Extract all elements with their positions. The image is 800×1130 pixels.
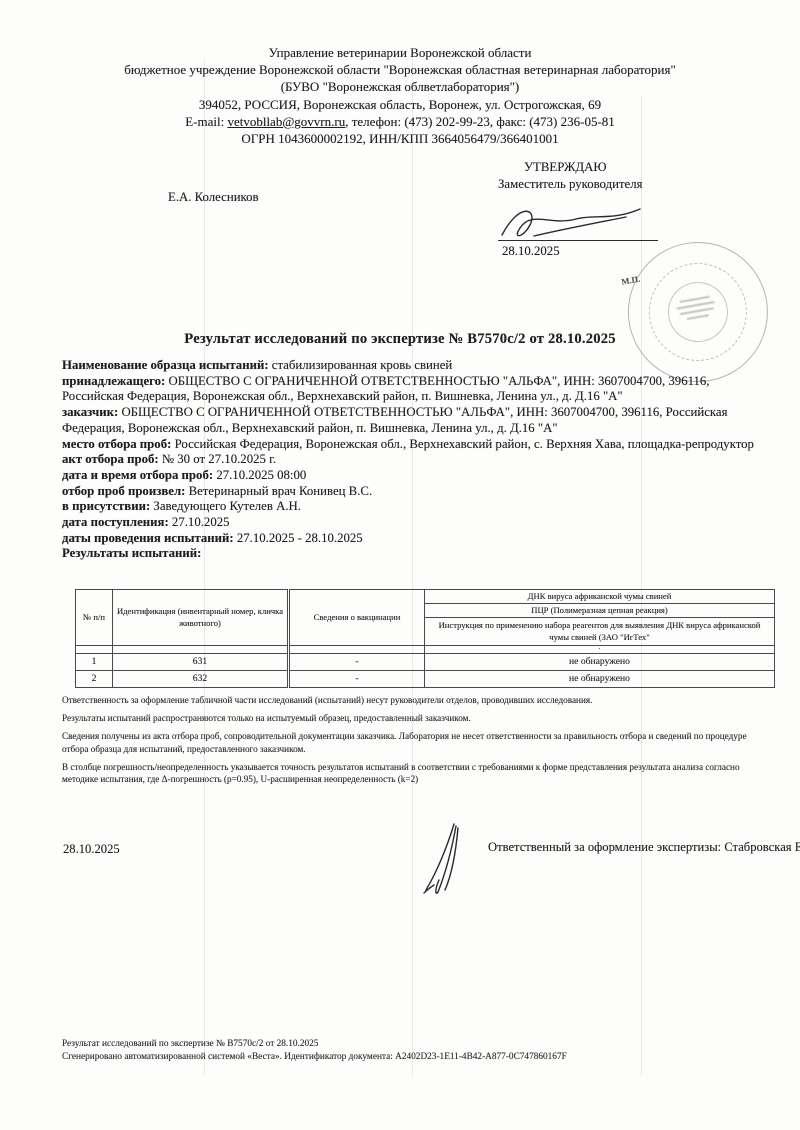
- signoff-date: 28.10.2025: [63, 842, 120, 857]
- detail-sample-name: Наименование образца испытаний: стабилиз…: [62, 358, 758, 374]
- footnote: В столбце погрешность/неопределенность у…: [62, 761, 762, 786]
- org-contacts: E-mail: vetvobllab@govvrn.ru, телефон: (…: [0, 113, 800, 130]
- scan-crease: [412, 58, 413, 1076]
- column-header-target-dna: ДНК вируса африканской чумы свиней: [425, 590, 775, 604]
- org-authority: Управление ветеринарии Воронежской облас…: [0, 44, 800, 61]
- table-row: 2 632 - не обнаружено: [76, 671, 775, 688]
- table-header-row: № п/п Идентификация (инвентарный номер, …: [76, 590, 775, 604]
- detail-testing-dates: даты проведения испытаний: 27.10.2025 - …: [62, 531, 758, 547]
- results-table: № п/п Идентификация (инвентарный номер, …: [75, 589, 775, 688]
- footer-expertise-ref: Результат исследований по экспертизе № В…: [62, 1038, 762, 1051]
- detail-received-date: дата поступления: 27.10.2025: [62, 515, 758, 531]
- footnotes: Ответственность за оформление табличной …: [62, 694, 762, 792]
- results-section-label: Результаты испытаний:: [62, 546, 758, 562]
- column-header-instruction: Инструкция по применению набора реагенто…: [425, 618, 775, 646]
- detail-sampling-act: акт отбора проб: № 30 от 27.10.2025 г.: [62, 452, 758, 468]
- approver-name: Е.А. Колесников: [168, 190, 259, 205]
- cell-number: 2: [76, 671, 113, 688]
- org-name: бюджетное учреждение Воронежской области…: [0, 61, 800, 78]
- table-spacer-row: ·: [76, 646, 775, 654]
- responsible-signature: [418, 818, 478, 903]
- email-label: E-mail:: [185, 114, 224, 129]
- org-address: 394052, РОССИЯ, Воронежская область, Вор…: [0, 96, 800, 113]
- cell-number: 1: [76, 654, 113, 671]
- cell-identification: 632: [113, 671, 289, 688]
- cell-result: не обнаружено: [425, 654, 775, 671]
- column-header-identification: Идентификация (инвентарный номер, кличка…: [113, 590, 289, 646]
- cell-result: не обнаружено: [425, 671, 775, 688]
- detail-witness: в присутствии: Заведующего Кутелев А.Н.: [62, 499, 758, 515]
- spacer-dot: ·: [425, 646, 775, 654]
- org-ogrn-inn: ОГРН 1043600002192, ИНН/КПП 3664056479/3…: [0, 130, 800, 147]
- detail-sampled-by: отбор проб произвел: Ветеринарный врач К…: [62, 484, 758, 500]
- approver-position: Заместитель руководителя: [498, 176, 778, 193]
- detail-sampling-datetime: дата и время отбора проб: 27.10.2025 08:…: [62, 468, 758, 484]
- phone-fax: , телефон: (473) 202-99-23, факс: (473) …: [345, 114, 615, 129]
- column-header-number: № п/п: [76, 590, 113, 646]
- org-short-name: (БУВО "Воронежская облветлаборатория"): [0, 78, 800, 95]
- scan-crease: [204, 60, 205, 1075]
- email-address: vetvobllab@govvrn.ru: [227, 114, 345, 129]
- cell-vaccination: -: [289, 671, 425, 688]
- detail-owner: принадлежащего: ОБЩЕСТВО С ОГРАНИЧЕННОЙ …: [62, 374, 758, 405]
- responsible-person: Ответственный за оформление экспертизы: …: [488, 840, 800, 855]
- footnote: Ответственность за оформление табличной …: [62, 694, 762, 707]
- approver-signature: [492, 195, 652, 241]
- approver-signature-line: [498, 193, 658, 241]
- footnote: Результаты испытаний распространяются то…: [62, 712, 762, 725]
- detail-customer: заказчик: ОБЩЕСТВО С ОГРАНИЧЕННОЙ ОТВЕТС…: [62, 405, 758, 436]
- footnote: Сведения получены из акта отбора проб, с…: [62, 730, 762, 755]
- column-header-method: ПЦР (Полимеразная цепная реакция): [425, 604, 775, 618]
- footer-generated-by: Сгенерировано автоматизированной системо…: [62, 1051, 762, 1064]
- cell-vaccination: -: [289, 654, 425, 671]
- scanned-document-page: Управление ветеринарии Воронежской облас…: [0, 0, 800, 1130]
- detail-sampling-place: место отбора проб: Российская Федерация,…: [62, 437, 758, 453]
- column-header-vaccination: Сведения о вакцинации: [289, 590, 425, 646]
- letterhead: Управление ветеринарии Воронежской облас…: [0, 44, 800, 147]
- sample-details: Наименование образца испытаний: стабилиз…: [62, 358, 758, 562]
- document-title: Результат исследований по экспертизе № В…: [0, 331, 800, 348]
- table-row: 1 631 - не обнаружено: [76, 654, 775, 671]
- cell-identification: 631: [113, 654, 289, 671]
- document-footer: Результат исследований по экспертизе № В…: [62, 1038, 762, 1063]
- approve-label: УТВЕРЖДАЮ: [524, 159, 778, 176]
